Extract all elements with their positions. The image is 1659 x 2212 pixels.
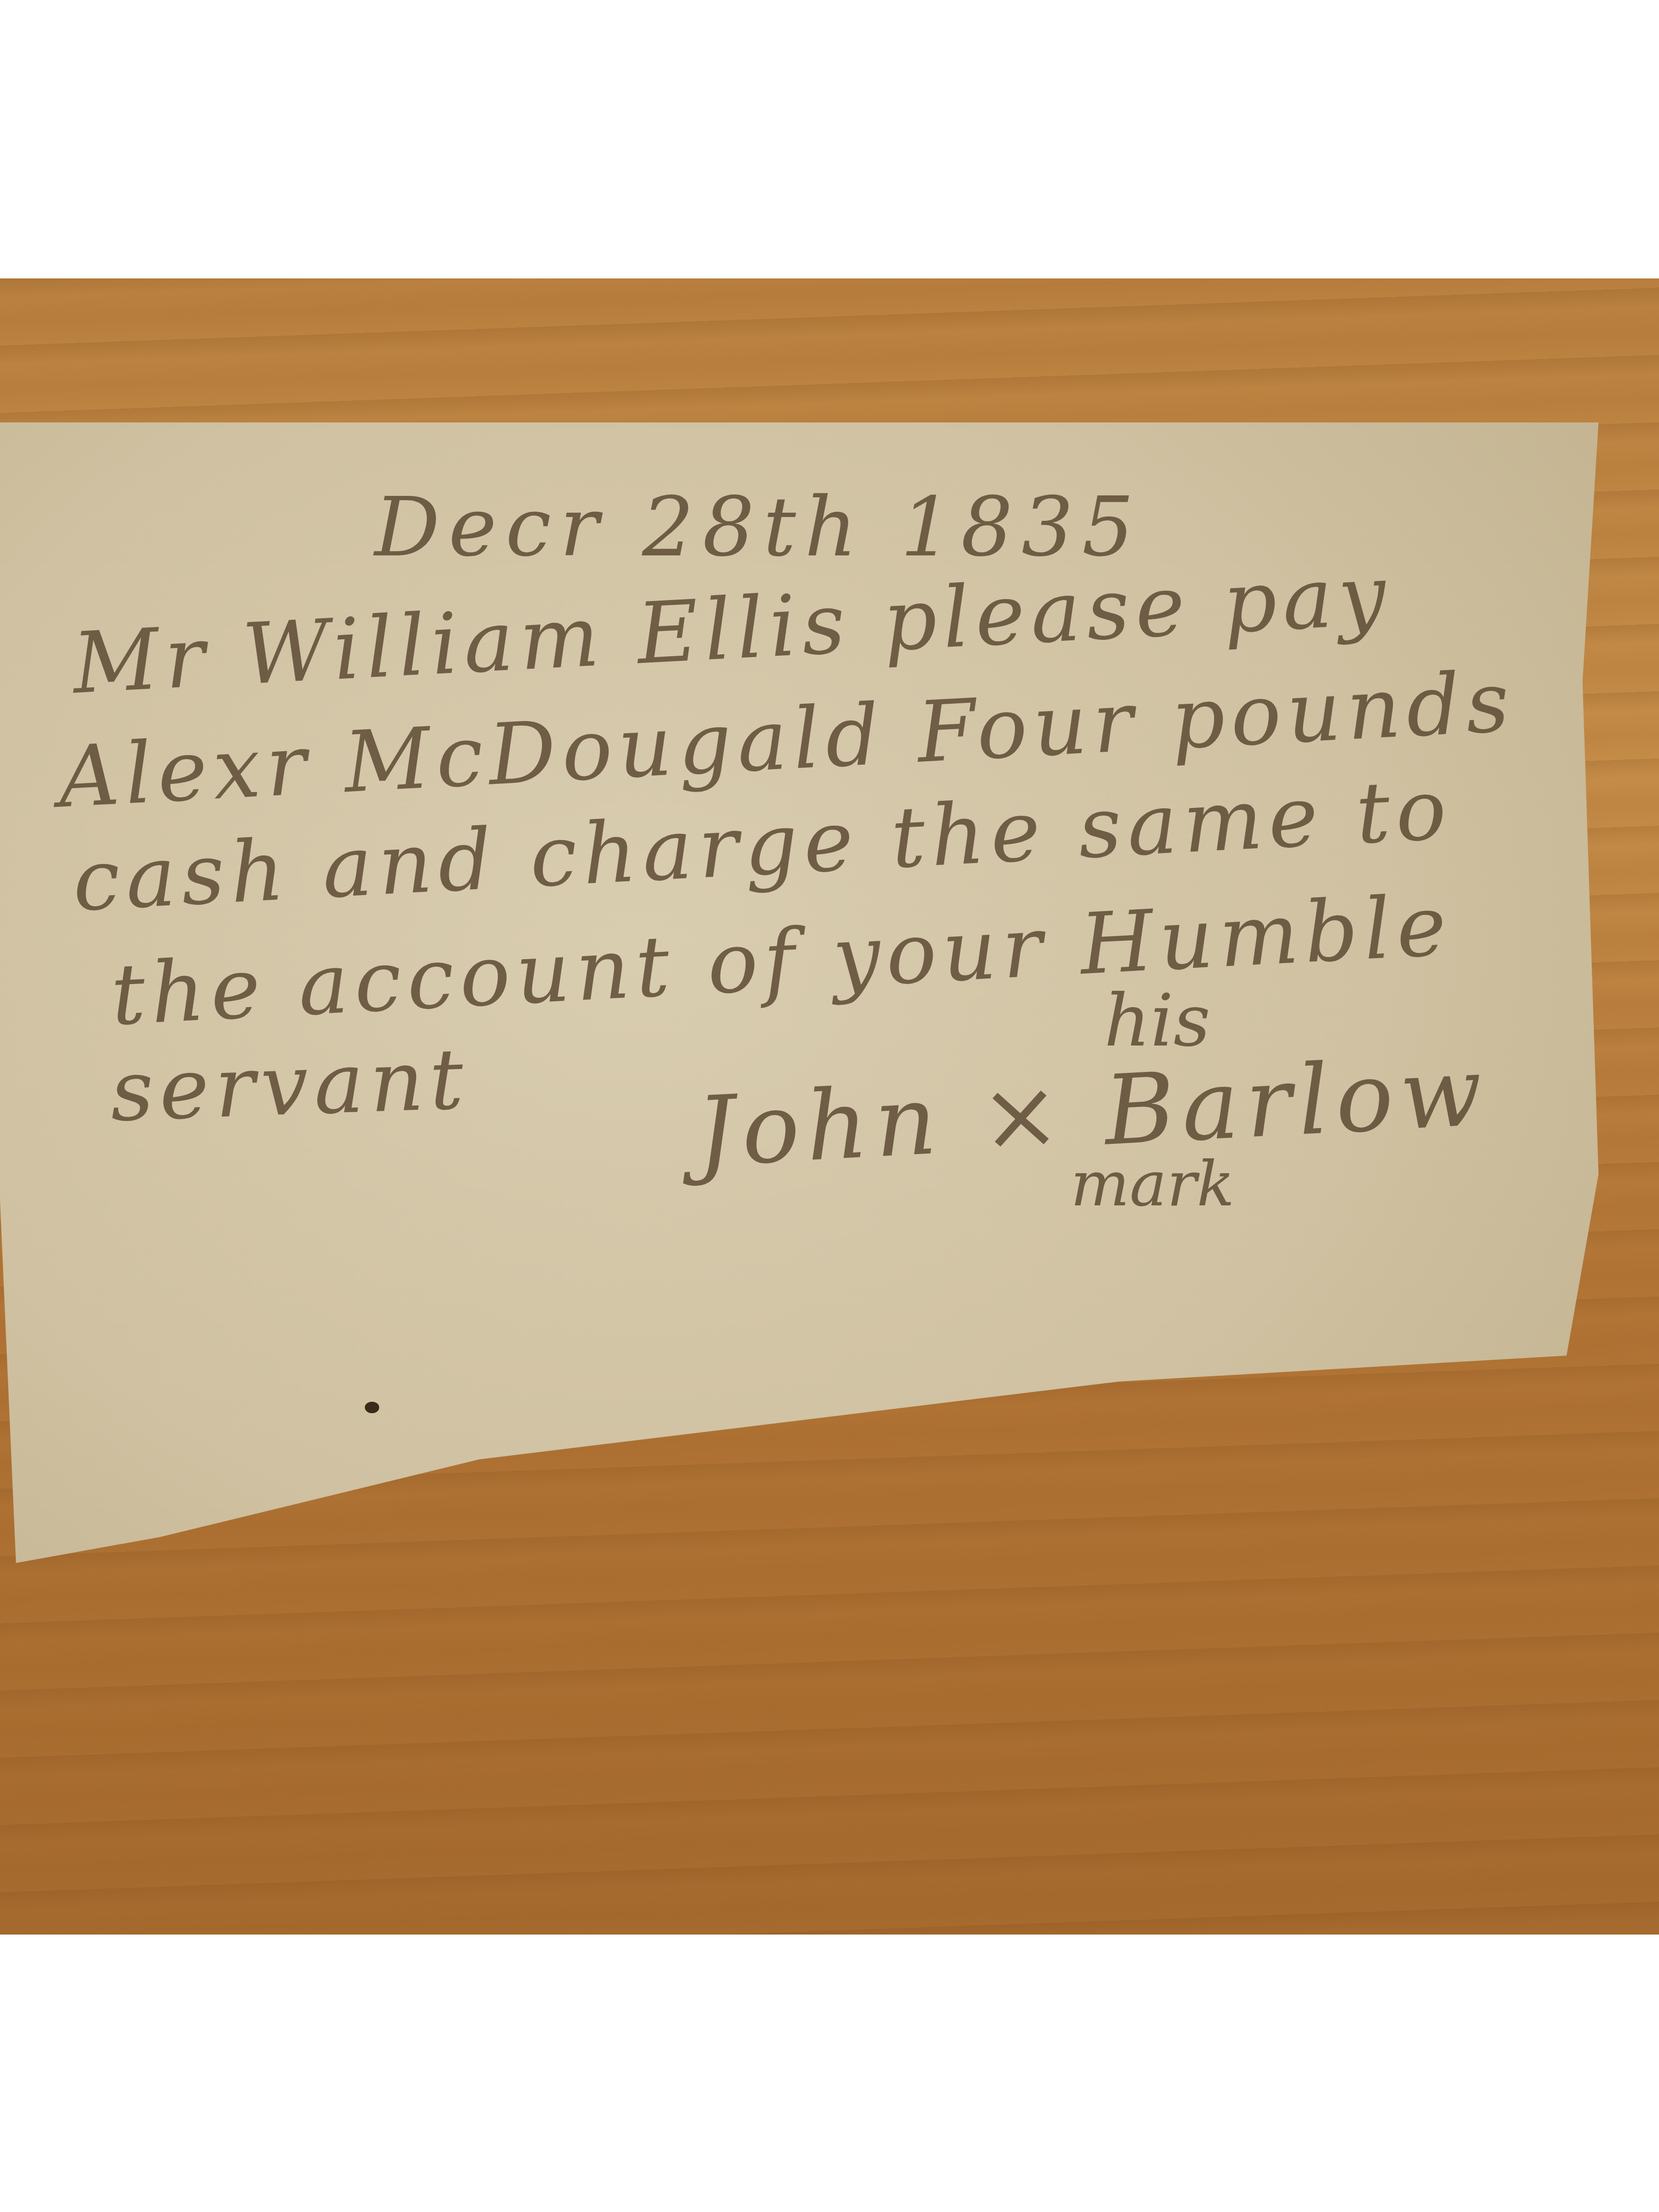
- signature-mark: mark: [1070, 1147, 1235, 1220]
- note-date: Decr 28th 1835: [374, 480, 1142, 575]
- ink-blot: [365, 1402, 379, 1413]
- note-line-5: servant: [109, 1031, 471, 1141]
